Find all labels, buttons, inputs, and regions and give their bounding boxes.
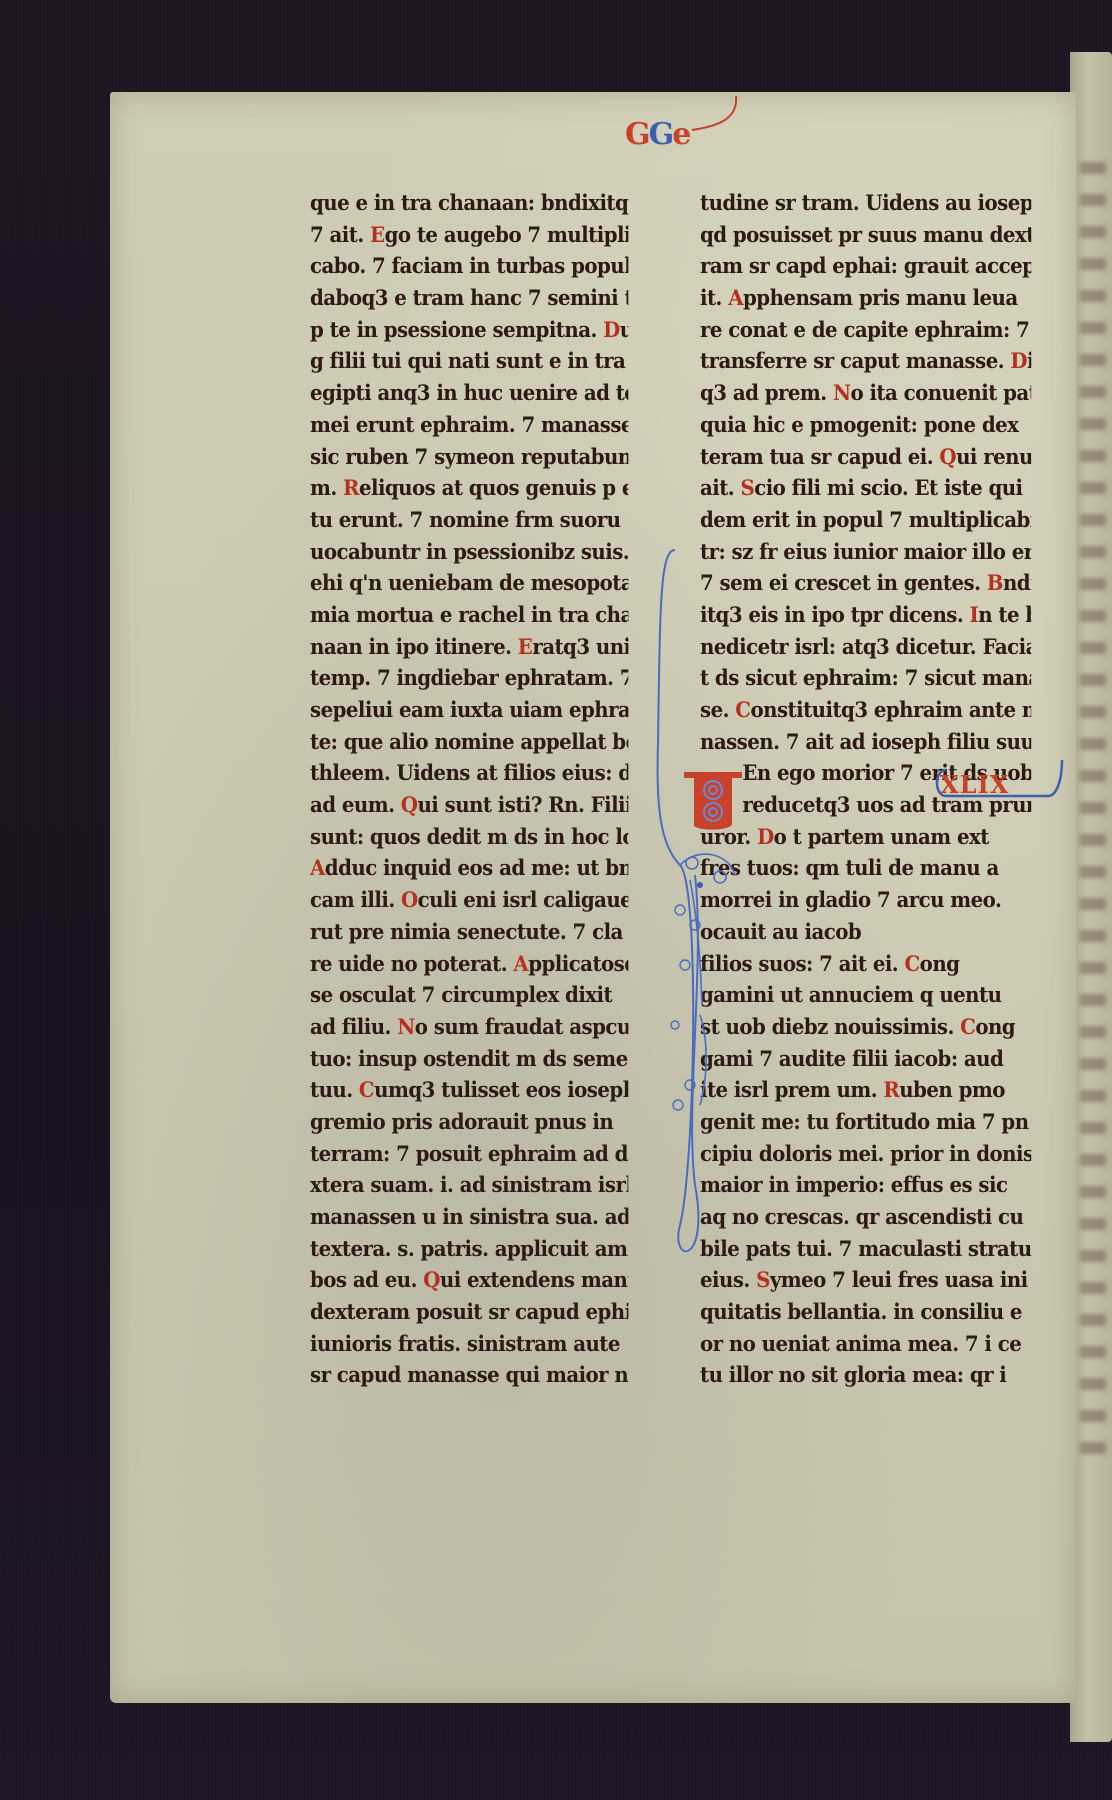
text-line: fres tuos: qm tuli de manu a <box>700 853 1031 885</box>
text-line: ehi q'n ueniebam de mesopota <box>310 568 628 600</box>
text-line: tu illor no sit gloria mea: qr i <box>700 1360 1031 1392</box>
text-line: temp. 7 ingdiebar ephratam. 7 <box>310 663 628 695</box>
running-head-letter-3: e <box>672 117 689 152</box>
text-line: que e in tra chanaan: bndixitq3 m <box>310 188 628 220</box>
text-line: filios suos: 7 ait ei. Cong <box>700 949 1031 981</box>
text-line: st uob diebz nouissimis. Cong <box>700 1012 1031 1044</box>
text-line: qd posuisset pr suus manu dexte <box>700 220 1031 252</box>
text-line: p te in psessione sempitna. Duo <box>310 315 628 347</box>
text-line: sic ruben 7 symeon reputabunt <box>310 442 628 474</box>
next-leaf-edge <box>1070 52 1112 1742</box>
rubric-capital: A <box>728 286 743 311</box>
text-line: se. Constituitq3 ephraim ante ma <box>700 695 1031 727</box>
text-line: it. Apphensam pris manu leua <box>700 283 1031 315</box>
rubric-capital: C <box>904 952 919 977</box>
chapter-number: XLIX <box>940 770 1009 799</box>
pen-flourish-icon <box>640 545 740 1265</box>
text-line: uror. Do t partem unam ext <box>700 822 1031 854</box>
rubric-capital: C <box>960 1015 975 1040</box>
text-line: genit me: tu fortitudo mia 7 pn <box>700 1107 1031 1139</box>
text-line: tudine sr tram. Uidens au ioseph <box>700 188 1031 220</box>
text-line: egipti anq3 in huc uenire ad te <box>310 378 628 410</box>
text-line: g filii tui qui nati sunt e in tra <box>310 346 628 378</box>
text-line: sunt: quos dedit m ds in hoc loco. E <box>310 822 628 854</box>
text-line: ite isrl prem um. Ruben pmo <box>700 1075 1031 1107</box>
text-line: eius. Symeo 7 leui fres uasa ini <box>700 1265 1031 1297</box>
text-line: naan in ipo itinere. Eratq3 uni <box>310 632 628 664</box>
text-line: se osculat 7 circumplex dixit <box>310 980 628 1012</box>
text-line: ocauit au iacob <box>700 917 1031 949</box>
text-line: sepeliui eam iuxta uiam ephra <box>310 695 628 727</box>
text-line: cabo. 7 faciam in turbas populor <box>310 251 628 283</box>
decorated-initial-icon <box>682 768 744 832</box>
text-line: textera. s. patris. applicuit am <box>310 1234 628 1266</box>
text-line: uocabuntr in psessionibz suis. M <box>310 537 628 569</box>
text-line: quitatis bellantia. in consiliu e <box>700 1297 1031 1329</box>
text-line: rut pre nimia senectute. 7 cla <box>310 917 628 949</box>
rubric-capital: S <box>756 1268 770 1293</box>
running-head-flourish-icon <box>690 92 750 132</box>
text-line: ad filiu. No sum fraudat aspcu <box>310 1012 628 1044</box>
running-head: GGe <box>625 120 689 150</box>
text-line: gremio pris adorauit pnus in <box>310 1107 628 1139</box>
text-line: aq no crescas. qr ascendisti cu <box>700 1202 1031 1234</box>
text-line: re conat e de capite ephraim: 7 <box>700 315 1031 347</box>
rubric-capital: E <box>370 223 385 248</box>
text-line: q3 ad prem. No ita conuenit pat <box>700 378 1031 410</box>
text-line: 7 sem ei crescet in gentes. Bndix <box>700 568 1031 600</box>
text-line: sr capud manasse qui maior na <box>310 1360 628 1392</box>
text-line: m. Reliquos at quos genuis p eo <box>310 473 628 505</box>
text-line: transferre sr caput manasse. Dixit <box>700 346 1031 378</box>
blurred-text-ghost <box>1080 162 1106 1462</box>
text-line: morrei in gladio 7 arcu meo. <box>700 885 1031 917</box>
text-line: gami 7 audite filii iacob: aud <box>700 1044 1031 1076</box>
text-line: dem erit in popul 7 multiplicabi <box>700 505 1031 537</box>
text-line: tr: sz fr eius iunior maior illo erit <box>700 537 1031 569</box>
rubric-capital: R <box>343 476 359 501</box>
rubric-capital: E <box>518 635 533 660</box>
text-line: mei erunt ephraim. 7 manasse <box>310 410 628 442</box>
text-line: maior in imperio: effus es sic <box>700 1170 1031 1202</box>
text-line: cipiu doloris mei. prior in donis <box>700 1139 1031 1171</box>
text-line: itq3 eis in ipo tpr dicens. In te be <box>700 600 1031 632</box>
text-line: quia hic e pmogenit: pone dex <box>700 410 1031 442</box>
text-line: bile pats tui. 7 maculasti stratu <box>700 1234 1031 1266</box>
text-line: thleem. Uidens at filios eius: dix <box>310 758 628 790</box>
rubric-capital: D <box>1010 349 1027 374</box>
rubric-capital: Q <box>423 1268 440 1293</box>
text-line: mia mortua e rachel in tra cha <box>310 600 628 632</box>
rubric-capital: O <box>401 888 418 913</box>
text-line: or no ueniat anima mea. 7 i ce <box>700 1329 1031 1361</box>
text-line: terram: 7 posuit ephraim ad de <box>310 1139 628 1171</box>
text-line: dexteram posuit sr capud ephi <box>310 1297 628 1329</box>
text-line: tuu. Cumq3 tulisset eos ioseph de <box>310 1075 628 1107</box>
rubric-capital: B <box>987 571 1003 596</box>
text-line: daboq3 e tram hanc 7 semini tuo <box>310 283 628 315</box>
rubric-capital: R <box>883 1078 899 1103</box>
left-text-column: que e in tra chanaan: bndixitq3 m7 ait. … <box>310 188 656 1392</box>
text-line: manassen u in sinistra sua. ad d <box>310 1202 628 1234</box>
rubric-capital: D <box>603 318 620 343</box>
text-line: ait. Scio fili mi scio. Et iste qui <box>700 473 1031 505</box>
text-line: gamini ut annuciem q uentu <box>700 980 1031 1012</box>
text-line: tuo: insup ostendit m ds semen <box>310 1044 628 1076</box>
text-line: tu erunt. 7 nomine frm suoru <box>310 505 628 537</box>
rubric-capital: S <box>740 476 754 501</box>
text-line: t ds sicut ephraim: 7 sicut mana <box>700 663 1031 695</box>
running-head-letter-1: G <box>625 117 649 152</box>
rubric-capital: C <box>359 1078 374 1103</box>
text-line: Adduc inquid eos ad me: ut bndi <box>310 853 628 885</box>
text-line: xtera suam. i. ad sinistram isrl. <box>310 1170 628 1202</box>
rubric-capital: N <box>397 1015 415 1040</box>
running-head-letter-2: G <box>649 117 673 152</box>
rubric-capital: Q <box>401 793 418 818</box>
text-line: nedicetr isrl: atq3 dicetur. Faciat <box>700 632 1031 664</box>
text-line: teram tua sr capud ei. Qui renues <box>700 442 1031 474</box>
text-line: bos ad eu. Qui extendens manu <box>310 1265 628 1297</box>
text-line: te: que alio nomine appellat be <box>310 727 628 759</box>
text-line: iunioris fratis. sinistram aute <box>310 1329 628 1361</box>
text-line: ram sr capd ephai: grauit accep <box>700 251 1031 283</box>
text-line: cam illi. Oculi eni isrl caligaue <box>310 885 628 917</box>
text-line: ad eum. Qui sunt isti? Rn. Filii mi <box>310 790 628 822</box>
text-line: 7 ait. Ego te augebo 7 multipli <box>310 220 628 252</box>
rubric-capital: A <box>310 856 325 881</box>
rubric-capital: I <box>970 603 979 628</box>
rubric-capital: A <box>513 952 528 977</box>
text-line: re uide no poterat. Applicatosq3 ad <box>310 949 628 981</box>
rubric-capital: Q <box>939 445 956 470</box>
rubric-capital: N <box>833 381 851 406</box>
rubric-capital: D <box>757 825 774 850</box>
